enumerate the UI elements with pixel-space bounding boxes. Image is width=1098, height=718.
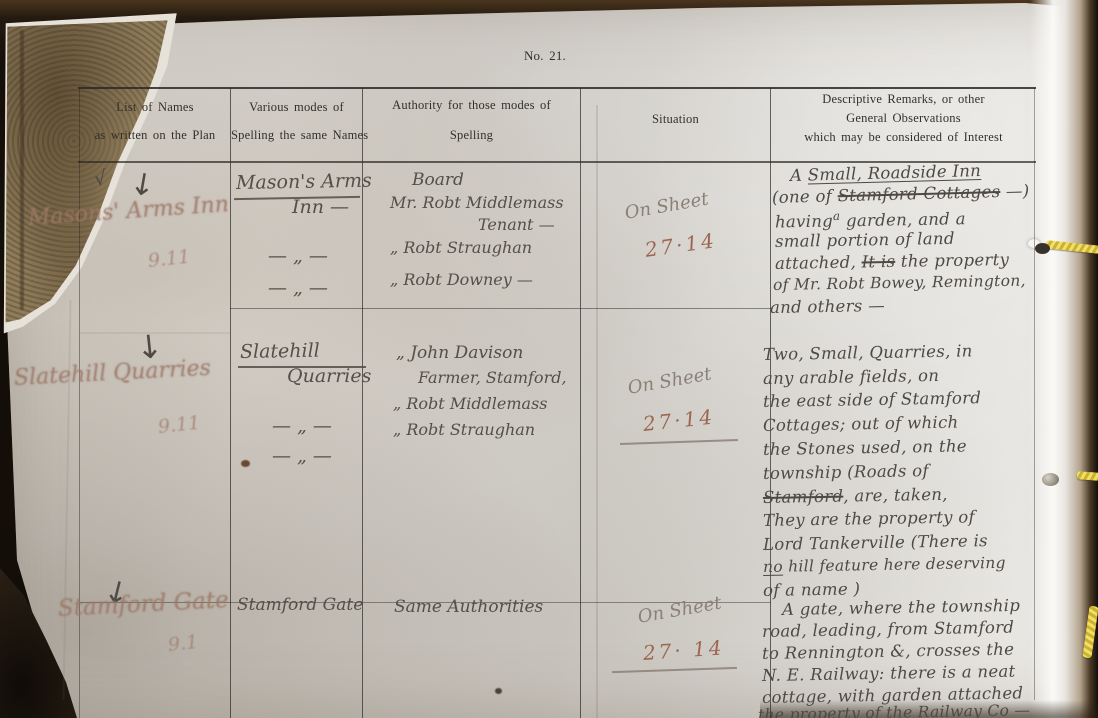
entry3-plan-mark: 9.1 [167, 631, 199, 656]
entry1-remark-line3: havinga garden, and a [775, 207, 966, 232]
vertical-crease [596, 105, 598, 718]
entry1-authority-3: Tenant — [478, 215, 555, 234]
entry1-spelling-2: Inn — [292, 196, 349, 218]
header-names-line1: List of Names [80, 100, 230, 115]
remark-seg: the property [895, 250, 1009, 271]
entry1-authority-5: „ Robt Downey — [390, 270, 533, 289]
entry2-authority-4: „ Robt Straughan [393, 420, 535, 439]
entry1-remark-line4: small portion of land [775, 229, 955, 251]
header-remarks-line2: General Observations [771, 111, 1036, 126]
header-situation: Situation [581, 112, 770, 127]
header-authority-line1: Authority for those modes of [363, 98, 580, 113]
entry2-authority-2: Farmer, Stamford, [418, 368, 567, 387]
ink-speck [241, 460, 250, 467]
table-rule-top [78, 87, 1036, 89]
header-spelling-line2: Spelling the same Names [231, 128, 362, 143]
entry2-remark-line1: Two, Small, Quarries, in [763, 341, 973, 364]
entry2-spelling-2: Quarries [287, 365, 371, 387]
entry2-authority-3: „ Robt Middlemass [393, 394, 548, 413]
entry1-authority-1: Board [412, 170, 464, 190]
table-divider-3 [580, 88, 581, 718]
page-right-edge [1030, 0, 1098, 718]
thread-knot [1042, 473, 1059, 486]
remark-seg: , are, taken, [843, 485, 948, 506]
entry1-remark-line7: and others — [770, 296, 885, 317]
remark-seg-struck: It is [861, 252, 895, 272]
entry1-spelling-3: — „ — [268, 245, 328, 267]
table-border-left [79, 88, 80, 718]
row-divider-1 [230, 308, 771, 309]
entry2-authority-1: „ John Davison [396, 343, 523, 363]
ink-speck [495, 688, 502, 694]
entry2-remark-line2: any arable fields, on [763, 366, 940, 388]
entry3-authority-1: Same Authorities [394, 597, 543, 617]
entry3-spelling-1: Stamford Gate [237, 595, 363, 615]
entry2-spelling-3: — „ — [272, 415, 332, 437]
remark-seg: having [775, 211, 833, 231]
entry2-spelling-1: Slatehill [240, 340, 320, 363]
header-spelling-line1: Various modes of [231, 100, 362, 115]
entry1-authority-4: „ Robt Straughan [390, 238, 532, 257]
entry2-remark-line8: They are the property of [763, 507, 975, 530]
remark-seg: garden, and a [840, 209, 966, 230]
entry2-spelling-4: — „ — [272, 445, 332, 467]
entry2-remark-line5: the Stones used, on the [763, 436, 967, 459]
header-remarks-line3: which may be considered of Interest [771, 130, 1036, 145]
entry2-remark-line11: of a name ) [763, 579, 861, 600]
table-border-right [1034, 88, 1035, 700]
entry2-remark-line9: Lord Tankerville (There is [763, 531, 988, 554]
header-authority-line2: Spelling [363, 128, 580, 143]
remark-seg: —) [1000, 181, 1030, 201]
left-edge-shadow [20, 30, 24, 310]
yellow-thread-icon [1077, 471, 1098, 481]
entry1-plan-mark: 9.11 [147, 246, 191, 272]
entry2-remark-line7: Stamford, are, taken, [763, 485, 948, 507]
entry2-remark-line6: township (Roads of [763, 461, 929, 483]
table-divider-1 [230, 88, 231, 718]
remark-seg-underlined: no [763, 558, 783, 576]
page-number-label: No. 21. [470, 48, 620, 64]
entry2-remark-line4: Cottages; out of which [763, 413, 959, 435]
entry1-authority-2: Mr. Robt Middlemass [390, 193, 564, 212]
header-remarks-line1: Descriptive Remarks, or other [771, 92, 1036, 107]
entry2-plan-mark: 9.11 [157, 412, 201, 438]
entry2-remark-line3: the east side of Stamford [763, 388, 982, 411]
thread-knot [1035, 243, 1050, 254]
remark-seg: A [790, 166, 808, 185]
remark-seg: (one of [772, 186, 838, 207]
entry1-spelling-1: Mason's Arms [236, 170, 372, 194]
remark-seg-struck: Stamford [763, 487, 844, 507]
remark-seg: attached, [775, 252, 862, 273]
entry1-spelling-4: — „ — [268, 277, 328, 299]
header-names-line2: as written on the Plan [80, 128, 230, 143]
